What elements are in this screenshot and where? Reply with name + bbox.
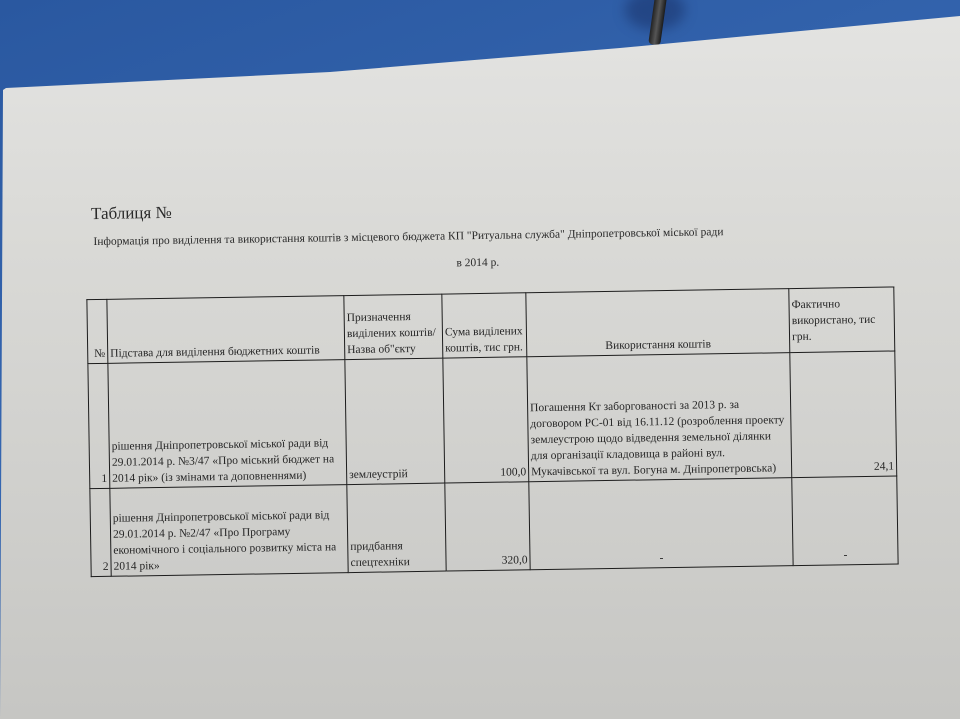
cell-purpose: придбання спецтехніки <box>347 483 446 573</box>
cell-usage: - <box>529 478 793 570</box>
header-actual: Фактично використано, тис грн. <box>789 287 895 353</box>
document-title: Таблиця № <box>91 203 172 224</box>
cell-basis: рішення Дніпропетровської міської ради в… <box>108 360 347 489</box>
document-heading-year: в 2014 р. <box>0 249 958 276</box>
cell-no: 1 <box>88 363 110 488</box>
budget-table: № Підстава для виділення бюджетних кошті… <box>86 286 898 577</box>
header-basis: Підстава для виділення бюджетних коштів <box>107 296 345 364</box>
header-no: № <box>87 299 108 363</box>
cell-sum: 100,0 <box>443 357 529 483</box>
cell-actual: 24,1 <box>790 351 897 478</box>
document-heading: Інформація про виділення та використання… <box>93 223 913 248</box>
header-sum: Сума виділених коштів, тис грн. <box>442 293 527 358</box>
cell-sum: 320,0 <box>445 482 530 571</box>
cell-actual: - <box>792 476 898 566</box>
header-usage: Використання коштів <box>526 289 790 357</box>
cell-basis: рішення Дніпропетровської міської ради в… <box>110 485 348 577</box>
cell-no: 2 <box>90 488 111 576</box>
paper-sheet: Таблиця № Інформація про виділення та ви… <box>0 0 960 719</box>
table-row: 2 рішення Дніпропетровської міської ради… <box>90 476 898 577</box>
header-purpose: Призначення виділених коштів/Назва об"єк… <box>344 294 443 360</box>
table-row: 1 рішення Дніпропетровської міської ради… <box>88 351 897 489</box>
document-content: Таблиця № Інформація про виділення та ви… <box>0 0 960 719</box>
cell-usage: Погашення Кт заборгованості за 2013 р. з… <box>527 353 792 482</box>
cell-purpose: землеустрій <box>345 358 445 485</box>
